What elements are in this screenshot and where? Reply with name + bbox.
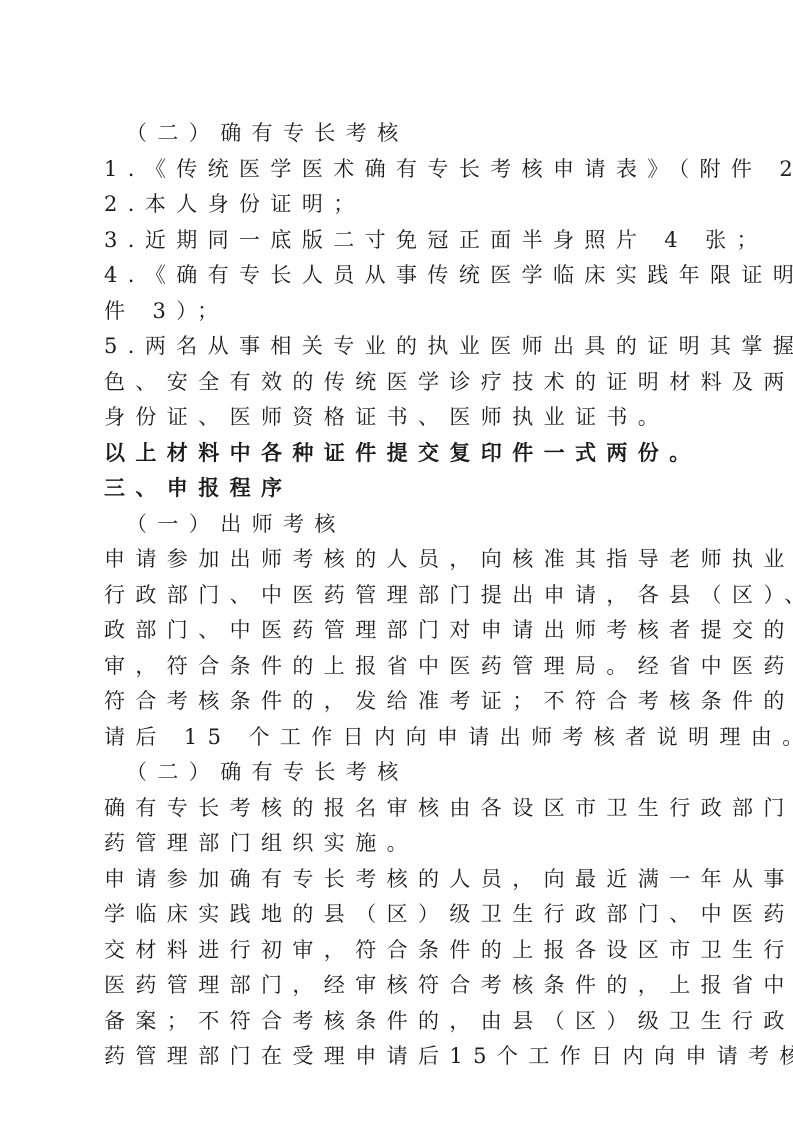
list-item-1: 1.《传统医学医术确有专长考核申请表》（附件 2）； <box>104 152 676 188</box>
paragraph-expertise-line-6: 药管理部门在受理申请后15个工作日内向申请考核者说明理由。 <box>104 1039 676 1075</box>
document-body: （二）确有专长考核 1.《传统医学医术确有专长考核申请表》（附件 2）； 2.本… <box>104 116 676 1075</box>
page-number: 3 <box>668 1051 674 1063</box>
subsection-heading-expertise-materials: （二）确有专长考核 <box>104 116 676 152</box>
list-item-4-cont: 件 3）； <box>104 294 676 330</box>
paragraph-expertise-line-3: 交材料进行初审，符合条件的上报各设区市卫生行政部门、中 <box>104 933 676 969</box>
paragraph-apprentice-line-1: 申请参加出师考核的人员，向核准其指导老师执业的卫生 <box>104 542 676 578</box>
list-item-5-cont-1: 色、安全有效的传统医学诊疗技术的证明材料及两名执业医师 <box>104 365 676 401</box>
list-item-5: 5.两名从事相关专业的执业医师出具的证明其掌握独具特 <box>104 329 676 365</box>
subsection-heading-expertise-procedure: （二）确有专长考核 <box>104 755 676 791</box>
paragraph-apprentice-line-2: 行政部门、中医药管理部门提出申请，各县（区）、市卫生行 <box>104 578 676 614</box>
list-item-2: 2.本人身份证明； <box>104 187 676 223</box>
paragraph-apprentice-line-4: 审，符合条件的上报省中医药管理局。经省中医药管理局审核 <box>104 649 676 685</box>
paragraph-apprentice-line-3: 政部门、中医药管理部门对申请出师考核者提交的材料进行初 <box>104 613 676 649</box>
paragraph-expertise-line-5: 备案；不符合考核条件的，由县（区）级卫生行政部门、中医 <box>104 1004 676 1040</box>
paragraph-expertise-line-4: 医药管理部门，经审核符合考核条件的，上报省中医药管理局 <box>104 968 676 1004</box>
paragraph-registration-line-2: 药管理部门组织实施。 <box>104 826 676 862</box>
list-item-5-cont-2: 身份证、医师资格证书、医师执业证书。 <box>104 400 676 436</box>
paragraph-expertise-line-1: 申请参加确有专长考核的人员，向最近满一年从事传统医 <box>104 862 676 898</box>
copies-note: 以上材料中各种证件提交复印件一式两份。 <box>104 436 676 472</box>
document-page: （二）确有专长考核 1.《传统医学医术确有专长考核申请表》（附件 2）； 2.本… <box>0 0 793 1122</box>
list-item-3: 3.近期同一底版二寸免冠正面半身照片 4 张； <box>104 223 676 259</box>
subsection-heading-apprentice: （一）出师考核 <box>104 507 676 543</box>
paragraph-registration-line-1: 确有专长考核的报名审核由各设区市卫生行政部门、中医 <box>104 791 676 827</box>
paragraph-apprentice-line-5: 符合考核条件的，发给准考证；不符合考核条件的，在受理申 <box>104 684 676 720</box>
section-heading-procedure: 三、申报程序 <box>104 471 676 507</box>
paragraph-expertise-line-2: 学临床实践地的县（区）级卫生行政部门、中医药管理部门提 <box>104 897 676 933</box>
list-item-4: 4.《确有专长人员从事传统医学临床实践年限证明》（附 <box>104 258 676 294</box>
paragraph-apprentice-line-6: 请后 15 个工作日内向申请出师考核者说明理由。 <box>104 720 676 756</box>
